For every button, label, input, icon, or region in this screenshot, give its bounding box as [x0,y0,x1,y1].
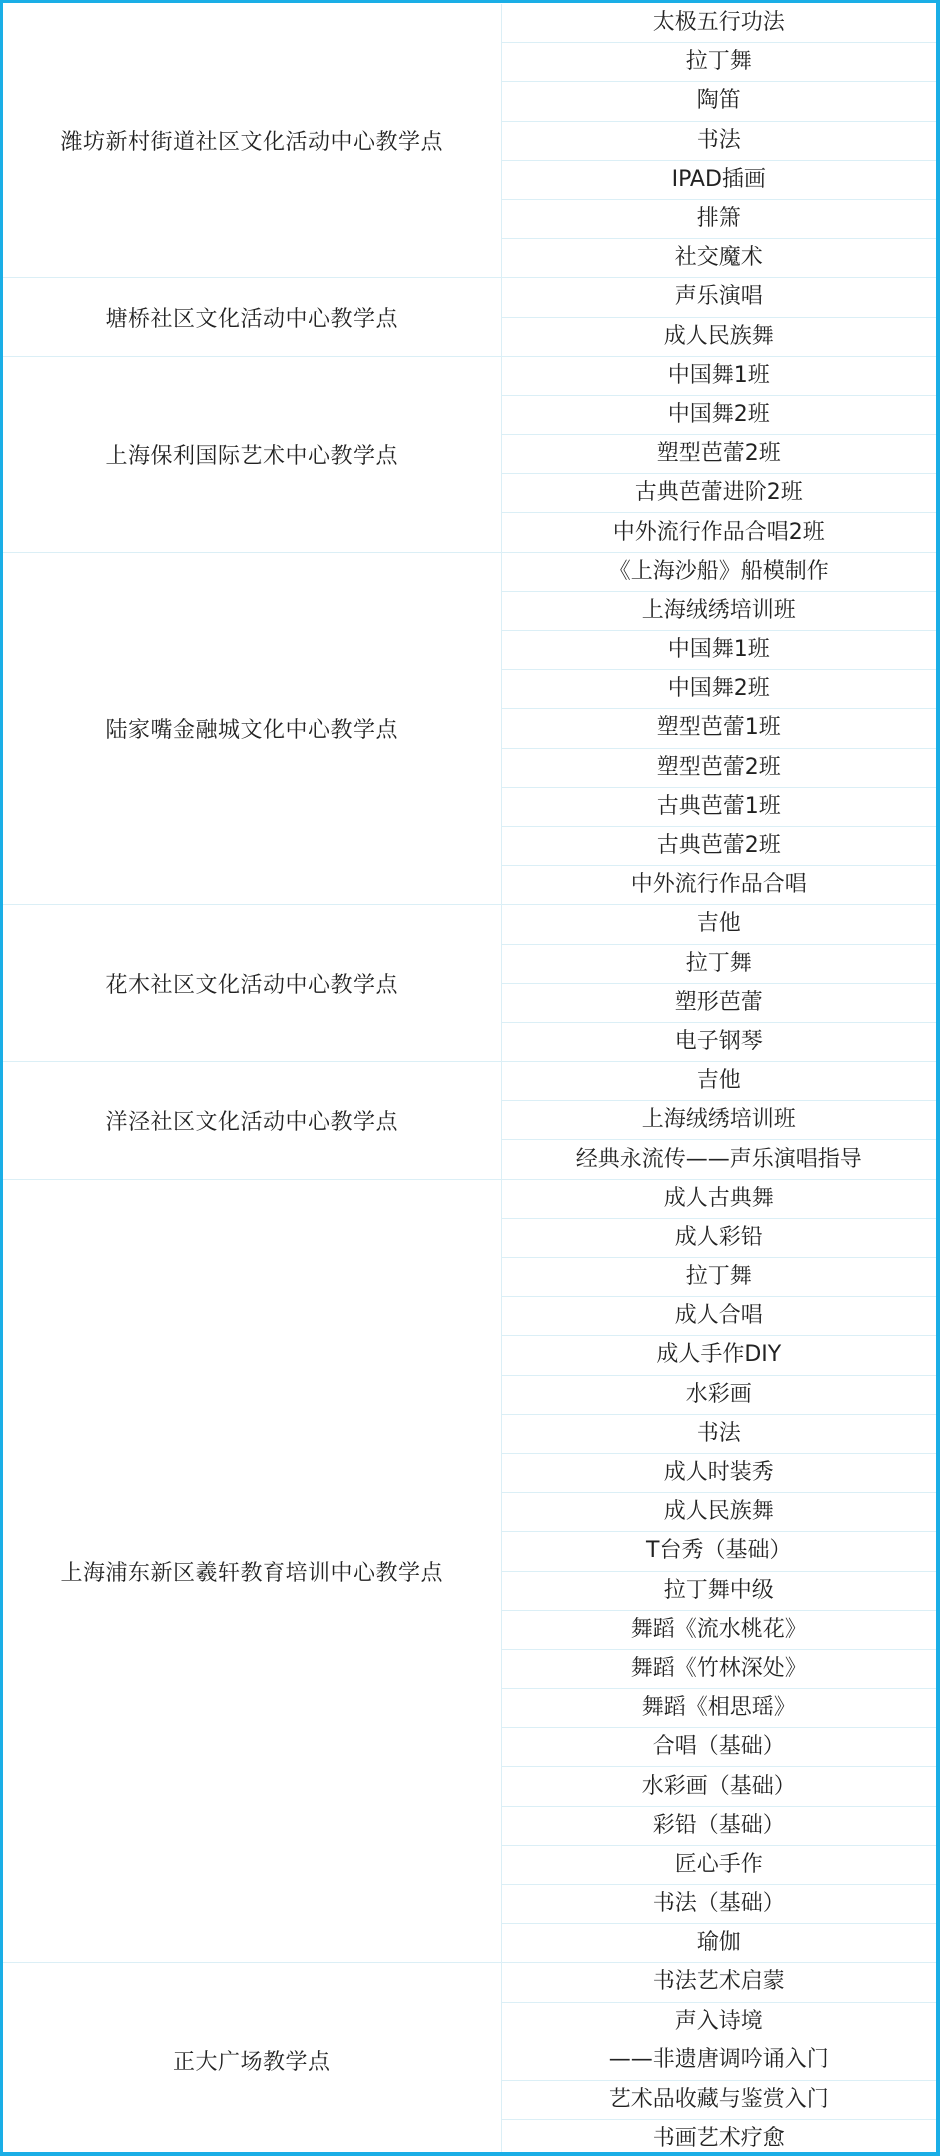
course-cell: 合唱（基础） [501,1728,936,1767]
course-cell: 书画艺术疗愈 [501,2120,936,2156]
course-cell: 拉丁舞 [501,43,936,82]
course-title: 声入诗境 [502,2003,937,2041]
course-cell: T台秀（基础） [501,1532,936,1571]
course-cell: 声乐演唱 [501,278,936,317]
site-cell: 上海浦东新区羲轩教育培训中心教学点 [3,1179,501,1963]
course-cell: 声入诗境 ——非遗唐调吟诵入门 [501,2002,936,2080]
course-cell: 成人古典舞 [501,1179,936,1218]
table-row: 陆家嘴金融城文化中心教学点 《上海沙船》船模制作 [3,552,936,591]
course-cell: 拉丁舞中级 [501,1571,936,1610]
course-cell: 成人民族舞 [501,317,936,356]
site-cell: 潍坊新村街道社区文化活动中心教学点 [3,4,501,278]
course-cell: 中外流行作品合唱 [501,866,936,905]
course-cell: 陶笛 [501,82,936,121]
schedule-frame: 潍坊新村街道社区文化活动中心教学点 太极五行功法 拉丁舞 陶笛 书法 IPAD插… [0,0,940,2156]
course-cell: 成人民族舞 [501,1493,936,1532]
course-cell: 排箫 [501,199,936,238]
course-cell: 经典永流传——声乐演唱指导 [501,1140,936,1179]
site-cell: 陆家嘴金融城文化中心教学点 [3,552,501,905]
table-row: 塘桥社区文化活动中心教学点 声乐演唱 [3,278,936,317]
course-cell: 拉丁舞 [501,1258,936,1297]
course-cell: 《上海沙船》船模制作 [501,552,936,591]
course-cell: 匠心手作 [501,1845,936,1884]
course-cell: 舞蹈《竹林深处》 [501,1649,936,1688]
course-cell: 塑型芭蕾1班 [501,709,936,748]
course-schedule-table: 潍坊新村街道社区文化活动中心教学点 太极五行功法 拉丁舞 陶笛 书法 IPAD插… [3,4,936,2156]
course-cell: IPAD插画 [501,160,936,199]
course-cell: 拉丁舞 [501,944,936,983]
course-subtitle: ——非遗唐调吟诵入门 [502,2041,937,2079]
course-cell: 塑形芭蕾 [501,983,936,1022]
table-row: 洋泾社区文化活动中心教学点 吉他 [3,1062,936,1101]
course-cell: 成人手作DIY [501,1336,936,1375]
course-cell: 上海绒绣培训班 [501,591,936,630]
course-cell: 电子钢琴 [501,1022,936,1061]
course-cell: 中国舞1班 [501,356,936,395]
table-row: 潍坊新村街道社区文化活动中心教学点 太极五行功法 [3,4,936,43]
course-cell: 成人彩铅 [501,1218,936,1257]
course-cell: 彩铅（基础） [501,1806,936,1845]
course-cell: 古典芭蕾1班 [501,787,936,826]
course-cell: 中国舞2班 [501,395,936,434]
table-row: 花木社区文化活动中心教学点 吉他 [3,905,936,944]
course-cell: 书法 [501,1414,936,1453]
course-cell: 书法艺术启蒙 [501,1963,936,2002]
course-cell: 中外流行作品合唱2班 [501,513,936,552]
table-row: 正大广场教学点 书法艺术启蒙 [3,1963,936,2002]
course-cell: 艺术品收藏与鉴赏入门 [501,2080,936,2119]
site-cell: 上海保利国际艺术中心教学点 [3,356,501,552]
course-cell: 上海绒绣培训班 [501,1101,936,1140]
course-cell: 成人时装秀 [501,1453,936,1492]
course-cell: 太极五行功法 [501,4,936,43]
site-cell: 正大广场教学点 [3,1963,501,2156]
course-cell: 舞蹈《相思瑶》 [501,1689,936,1728]
site-cell: 塘桥社区文化活动中心教学点 [3,278,501,356]
course-cell: 古典芭蕾2班 [501,826,936,865]
course-cell: 塑型芭蕾2班 [501,748,936,787]
course-cell: 书法（基础） [501,1885,936,1924]
course-cell: 塑型芭蕾2班 [501,435,936,474]
table-row: 上海浦东新区羲轩教育培训中心教学点 成人古典舞 [3,1179,936,1218]
course-cell: 吉他 [501,1062,936,1101]
course-cell: 古典芭蕾进阶2班 [501,474,936,513]
site-cell: 洋泾社区文化活动中心教学点 [3,1062,501,1180]
course-cell: 舞蹈《流水桃花》 [501,1610,936,1649]
course-cell: 水彩画 [501,1375,936,1414]
course-cell: 社交魔术 [501,239,936,278]
table-row: 上海保利国际艺术中心教学点 中国舞1班 [3,356,936,395]
course-cell: 吉他 [501,905,936,944]
course-cell: 成人合唱 [501,1297,936,1336]
course-cell: 书法 [501,121,936,160]
course-cell: 瑜伽 [501,1924,936,1963]
site-cell: 花木社区文化活动中心教学点 [3,905,501,1062]
course-cell: 中国舞1班 [501,631,936,670]
course-cell: 水彩画（基础） [501,1767,936,1806]
course-cell: 中国舞2班 [501,670,936,709]
